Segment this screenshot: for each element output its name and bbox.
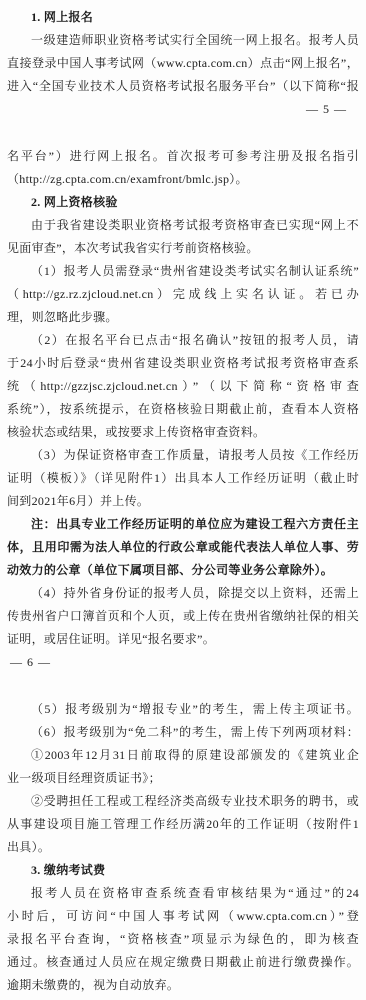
- text-line: 录报名平台查询，“资格核查”项显示为绿色的，即为核查: [7, 928, 359, 951]
- text-line: 业一级项目经理资质证书》；: [7, 767, 359, 790]
- text-line: 传贵州省户口簿首页和个人页，或上传在贵州省缴纳社保的相关: [7, 605, 359, 628]
- text-line: 由于我省建设类职业资格考试报考资格审查已实现“网上不: [7, 214, 359, 237]
- text-line: 统（http://gzzjsc.zjcloud.net.cn）”（以下简称“资格…: [7, 375, 359, 398]
- text-line: 见面审查”，本次考试我省实行考前资格核验。: [7, 237, 359, 260]
- section-heading: 3. 缴纳考试费: [7, 859, 359, 882]
- text-line: 理，则忽略此步骤。: [7, 306, 359, 329]
- text-line: 逾期未缴费的，视为自动放弃。: [7, 974, 359, 997]
- text-line: （2）在报名平台已点击“报名确认”按钮的报考人员，请: [7, 329, 359, 352]
- text-line: （http://zg.cpta.com.cn/examfront/bmlc.js…: [7, 168, 359, 191]
- section-heading: 1. 网上报名: [7, 6, 359, 29]
- text-line: 系统”），按系统提示，在资格核验日期截止前，查看本人资格: [7, 398, 359, 421]
- text-line: 证明（模板）》（详见附件1）出具本人工作经历证明（截止时: [7, 467, 359, 490]
- text-line: （4）持外省身份证的报考人员，除提交以上资料，还需上: [7, 582, 359, 605]
- text-line: （5）报考级别为“增报专业”的考生，需上传主项证书。: [7, 698, 359, 721]
- text-line: 核验状态或结果，或按要求上传资格审查资料。: [7, 421, 359, 444]
- text-line: 名平台”）进行网上报名。首次报考可参考注册及报名指引: [7, 145, 359, 168]
- text-line: 从事建设项目施工管理工作经历满20年的工作证明（按附件1: [7, 813, 359, 836]
- text-line: ①2003年12月31日前取得的原建设部颁发的《建筑业企: [7, 744, 359, 767]
- text-line: 报考人员在资格审查系统查看审核结果为“通过”的24: [7, 882, 359, 905]
- page-number: — 6 —: [7, 651, 359, 674]
- text-line: 证明，或居住证明。详见“报名要求”。: [7, 628, 359, 651]
- text-line: （http://gz.rz.zjcloud.net.cn）完成线上实名认证。若已…: [7, 283, 359, 306]
- note-line: 注：出具专业工作经历证明的单位应为建设工程六方责任主: [7, 513, 359, 536]
- note-line: 体，且用印需为法人单位的行政公章或能代表法人单位人事、劳: [7, 536, 359, 559]
- text-line: 直接登录中国人事考试网（www.cpta.com.cn）点击“网上报名”，: [7, 52, 359, 75]
- text-line: 小时后，可访问“中国人事考试网（www.cpta.com.cn）”登: [7, 905, 359, 928]
- note-line: 动效力的公章（单位下属项目部、分公司等业务公章除外）。: [7, 559, 359, 582]
- text-line: （6）报考级别为“免二科”的考生，需上传下列两项材料：: [7, 721, 359, 744]
- text-line: 一级建造师职业资格考试实行全国统一网上报名。报考人员: [7, 29, 359, 52]
- text-line: ②受聘担任工程或工程经济类高级专业技术职务的聘书，或: [7, 790, 359, 813]
- page-number: — 5 —: [7, 98, 359, 121]
- text-line: 间到2021年6月）并上传。: [7, 490, 359, 513]
- text-line: 出具）。: [7, 836, 359, 859]
- text-line: （1）报考人员需登录“贵州省建设类考试实名制认证系统”: [7, 260, 359, 283]
- text-line: （3）为保证资格审查工作质量，请报考人员按《工作经历: [7, 444, 359, 467]
- document-page: 1. 网上报名一级建造师职业资格考试实行全国统一网上报名。报考人员直接登录中国人…: [0, 0, 366, 1000]
- section-heading: 2. 网上资格核验: [7, 191, 359, 214]
- text-line: 于24小时后登录“贵州省建设类职业资格考试报考资格审查系: [7, 352, 359, 375]
- text-line: 通过。核查通过人员应在规定缴费日期截止前进行缴费操作。: [7, 951, 359, 974]
- text-line: 进入“全国专业技术人员资格考试报名服务平台”（以下简称“报: [7, 75, 359, 98]
